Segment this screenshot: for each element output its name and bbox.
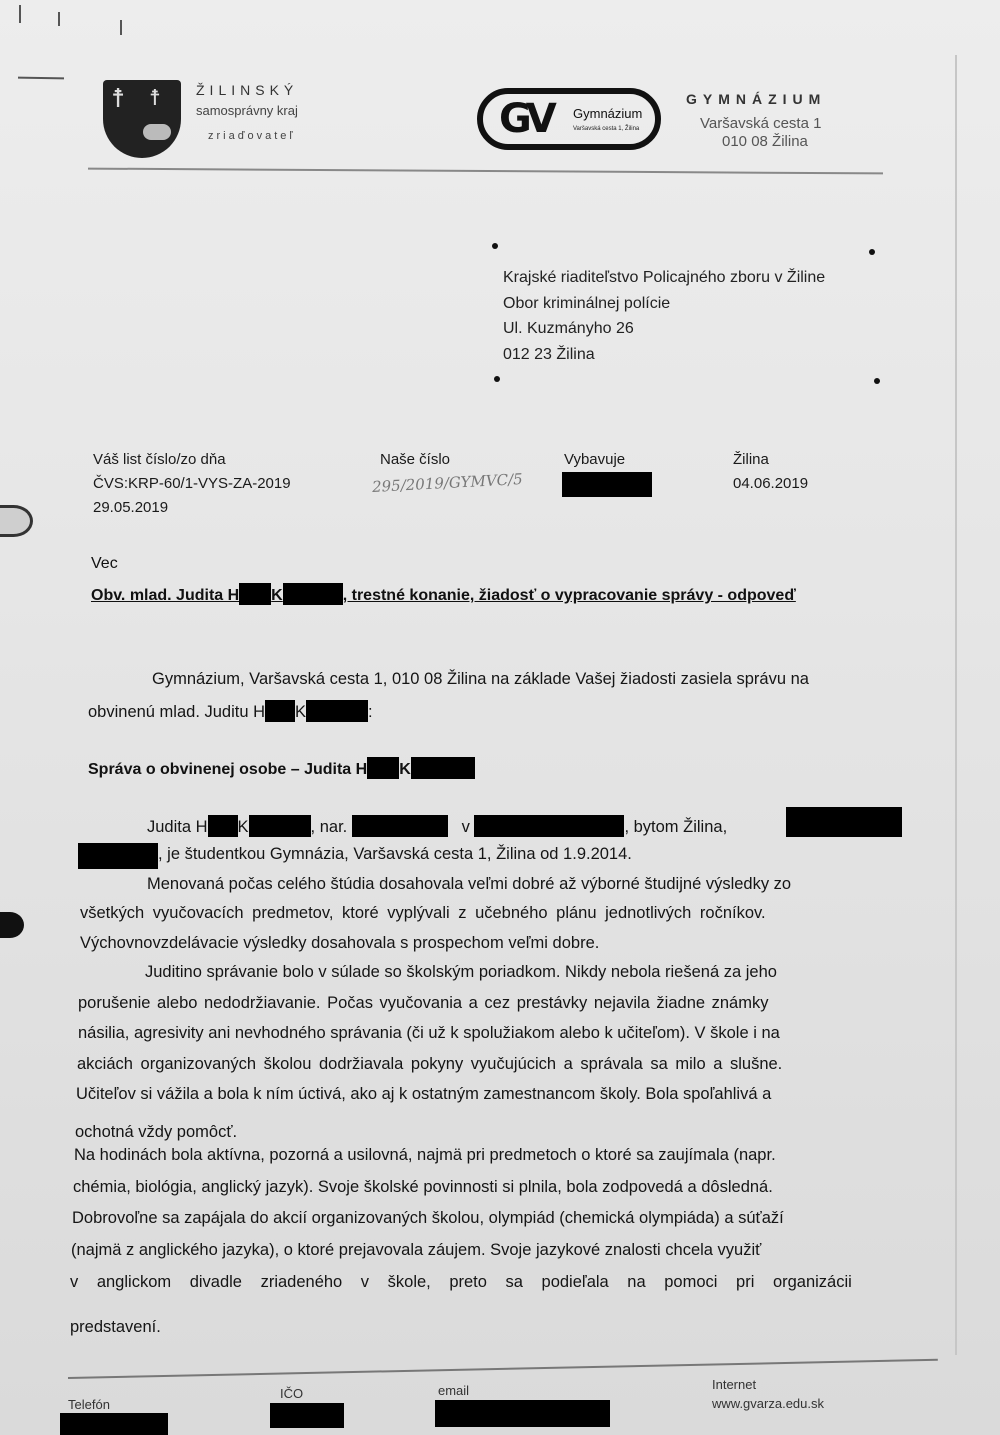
body-line: Na hodinách bola aktívna, pozorná a usil…	[74, 1146, 776, 1165]
school-logo: GV Gymnázium Varšavská cesta 1, Žilina	[477, 88, 661, 150]
school-city: 010 08 Žilina	[722, 133, 808, 150]
subject-text: , trestné konanie, žiadosť o vypracovani…	[343, 587, 796, 604]
footer-ico-label: IČO	[280, 1386, 303, 1401]
recipient-line: Ul. Kuzmányho 26	[503, 316, 825, 342]
scanned-letter: ☨☨ ŽILINSKÝ samosprávny kraj zriaďovateľ…	[0, 0, 1000, 1435]
scan-mark	[120, 20, 122, 35]
recipient-line: 012 23 Žilina	[503, 342, 825, 368]
window-corner-mark	[869, 249, 875, 255]
body-line: Juditino správanie bolo v súlade so škol…	[145, 963, 777, 982]
recipient-address: Krajské riaditeľstvo Policajného zboru v…	[503, 265, 825, 367]
redaction	[367, 757, 399, 779]
body-line: chémia, biológia, anglický jazyk). Svoje…	[73, 1178, 773, 1197]
window-corner-mark	[874, 378, 880, 384]
body-line: Judita HK, nar. v , bytom Žilina,	[147, 815, 727, 837]
body-line: akciách organizovaných školou dodržiaval…	[77, 1055, 782, 1074]
intro-line: Gymnázium, Varšavská cesta 1, 010 08 Žil…	[152, 670, 809, 689]
body-line: Výchovnovzdelávacie výsledky dosahovala …	[80, 934, 599, 953]
redaction	[208, 815, 238, 837]
subject-text: Obv. mlad. Judita H	[91, 587, 239, 604]
body-text: Judita H	[147, 818, 208, 836]
report-title-text: K	[399, 761, 411, 778]
scan-mark	[19, 5, 21, 23]
subject-label: Vec	[91, 555, 118, 573]
your-letter-block: Váš list číslo/zo dňa ČVS:KRP-60/1-VYS-Z…	[93, 448, 291, 520]
intro-line: obvinenú mlad. Juditu HK:	[88, 700, 373, 722]
intro-text: :	[368, 703, 373, 721]
subject-text: K	[271, 587, 283, 604]
school-logo-glyph: GV	[499, 96, 551, 142]
body-line: , je študentkou Gymnázia, Varšavská cest…	[158, 845, 632, 864]
punch-hole	[0, 912, 24, 938]
redaction	[265, 700, 295, 722]
your-letter-date: 29.05.2019	[93, 496, 291, 520]
body-line: násilia, agresivity ani nevhodného správ…	[78, 1024, 780, 1043]
our-number-handwritten: 295/2019/GYMVC/5	[372, 470, 524, 496]
redaction	[283, 583, 343, 605]
punch-hole	[0, 505, 33, 537]
report-title-text: Správa o obvinenej osobe – Judita H	[88, 761, 367, 778]
redaction-handled-by	[562, 472, 652, 497]
body-line: (najmä z anglického jazyka), o ktoré pre…	[71, 1241, 761, 1260]
body-line: ochotná vždy pomôcť.	[75, 1123, 237, 1142]
page-fold	[955, 55, 957, 1355]
body-line: predstavení.	[70, 1318, 161, 1337]
region-subtitle: samosprávny kraj	[196, 103, 298, 118]
school-title: GYMNÁZIUM	[686, 91, 826, 107]
school-logo-address: Varšavská cesta 1, Žilina	[573, 126, 639, 132]
region-role: zriaďovateľ	[208, 130, 296, 142]
intro-text: obvinenú mlad. Juditu H	[88, 703, 265, 721]
redaction	[411, 757, 475, 779]
your-letter-number: ČVS:KRP-60/1-VYS-ZA-2019	[93, 472, 291, 496]
letter-date: 04.06.2019	[733, 472, 808, 496]
body-line: porušenie alebo nedodržiavanie. Počas vy…	[78, 994, 768, 1013]
report-title: Správa o obvinenej osobe – Judita HK	[88, 757, 475, 779]
redaction	[474, 815, 624, 837]
footer-internet-label: Internet	[712, 1377, 756, 1392]
body-line: Dobrovoľne sa zapájala do akcií organizo…	[72, 1209, 784, 1228]
redaction	[249, 815, 311, 837]
school-street: Varšavská cesta 1	[700, 115, 821, 132]
intro-text: K	[295, 703, 306, 721]
window-corner-mark	[492, 243, 498, 249]
redaction-phone	[60, 1413, 168, 1435]
body-text: v	[462, 818, 470, 836]
footer-phone-label: Telefón	[68, 1397, 110, 1412]
redaction	[239, 583, 271, 605]
school-logo-name: Gymnázium	[573, 106, 642, 121]
region-title: ŽILINSKÝ	[196, 82, 298, 98]
body-line: v anglickom divadle zriadeného v škole, …	[70, 1273, 852, 1292]
body-text: K	[238, 818, 249, 836]
recipient-line: Obor kriminálnej polície	[503, 291, 825, 317]
letterhead-divider	[88, 168, 883, 175]
scan-mark	[58, 12, 60, 26]
your-letter-label: Váš list číslo/zo dňa	[93, 448, 291, 472]
handled-by-label: Vybavuje	[564, 448, 625, 472]
redaction	[306, 700, 368, 722]
body-line: Učiteľov si vážila a bola k ním úctivá, …	[76, 1085, 771, 1104]
redaction	[352, 815, 448, 837]
redaction-ico	[270, 1403, 344, 1428]
body-text: , nar.	[311, 818, 348, 836]
footer-divider	[68, 1359, 938, 1379]
redaction-address	[78, 843, 158, 869]
body-text: , bytom Žilina,	[624, 818, 727, 836]
our-number-label: Naše číslo	[380, 448, 450, 472]
footer-email-label: email	[438, 1383, 469, 1398]
subject-line: Obv. mlad. Judita HK, trestné konanie, ž…	[91, 583, 796, 605]
coat-of-arms-icon: ☨☨	[103, 80, 181, 158]
place-label: Žilina	[733, 448, 808, 472]
footer-website: www.gvarza.edu.sk	[712, 1396, 824, 1411]
body-line: Menovaná počas celého štúdia dosahovala …	[147, 875, 791, 894]
date-block: Žilina 04.06.2019	[733, 448, 808, 496]
body-line: všetkých vyučovacích predmetov, ktoré vy…	[80, 904, 766, 923]
scan-mark	[18, 77, 64, 80]
recipient-line: Krajské riaditeľstvo Policajného zboru v…	[503, 265, 825, 291]
redaction-address	[786, 807, 902, 837]
redaction-email	[435, 1400, 610, 1427]
window-corner-mark	[494, 376, 500, 382]
